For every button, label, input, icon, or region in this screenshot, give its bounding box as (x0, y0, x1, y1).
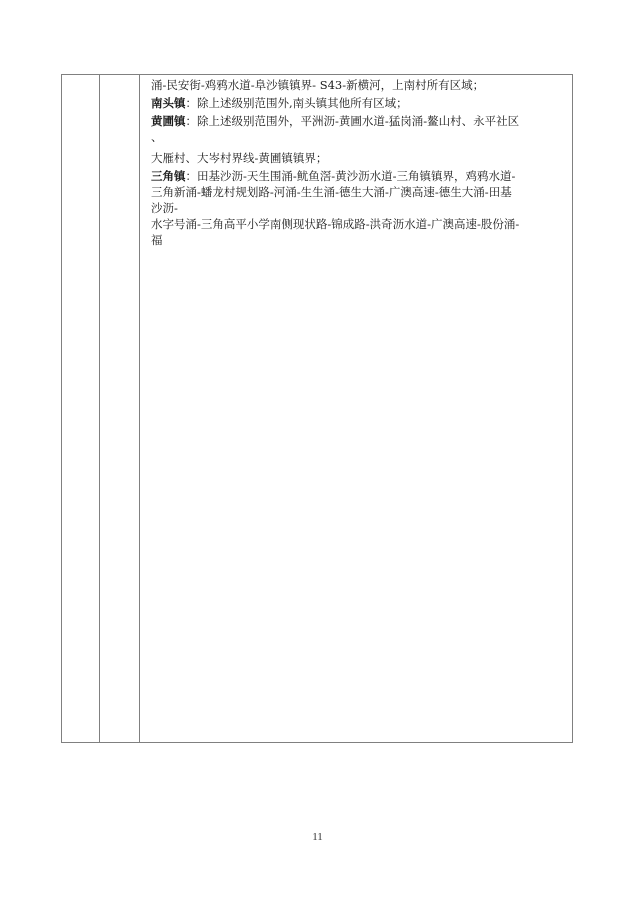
town-name: 南头镇 (151, 96, 186, 110)
town-entry-sanjiao: 三角镇：田基沙沥-天生围涌-鱿鱼滘-黄沙沥水道-三角镇镇界，鸡鸦水道- 三角新涌… (151, 168, 571, 248)
entry-line: 、 (151, 129, 571, 145)
town-separator: ： (186, 169, 198, 183)
town-entry-nantou: 南头镇：除上述级别范围外,南头镇其他所有区域； (151, 95, 571, 111)
entry-line: 大雁村、大岑村界线-黄圃镇镇界； (151, 150, 571, 166)
town-separator: ： (186, 96, 198, 110)
entry-line: 沙沥- (151, 200, 571, 216)
entry-line: 田基沙沥-天生围涌-鱿鱼滘-黄沙沥水道-三角镇镇界，鸡鸦水道- (197, 169, 515, 183)
town-entry-huangpu: 黄圃镇：除上述级别范围外，平洲沥-黄圃水道-猛岗涌-鳌山村、永平社区 、 大雁村… (151, 113, 571, 166)
continuation-line: 涌-民安街-鸡鸦水道-阜沙镇镇界- S43-新横河，上南村所有区域； (151, 77, 571, 93)
page-number: 11 (0, 831, 635, 843)
town-name: 三角镇 (151, 169, 186, 183)
zoning-table: 涌-民安街-鸡鸦水道-阜沙镇镇界- S43-新横河，上南村所有区域； 南头镇：除… (61, 74, 573, 743)
town-separator: ： (186, 114, 198, 128)
column-divider-1 (99, 75, 100, 742)
entry-line: 水字号涌-三角高平小学南侧现状路-锦成路-洪奇沥水道-广澳高速-股份涌- (151, 216, 571, 232)
document-page: 涌-民安街-鸡鸦水道-阜沙镇镇界- S43-新横河，上南村所有区域； 南头镇：除… (0, 0, 635, 898)
continuation-paragraph: 涌-民安街-鸡鸦水道-阜沙镇镇界- S43-新横河，上南村所有区域； (151, 77, 571, 93)
area-description-cell: 涌-民安街-鸡鸦水道-阜沙镇镇界- S43-新横河，上南村所有区域； 南头镇：除… (151, 77, 571, 250)
column-divider-2 (139, 75, 140, 742)
town-name: 黄圃镇 (151, 114, 186, 128)
entry-line: 三角新涌-蟠龙村规划路-河涌-生生涌-德生大涌-广澳高速-德生大涌-田基 (151, 184, 571, 200)
entry-line: 福 (151, 232, 571, 248)
entry-line: 除上述级别范围外,南头镇其他所有区域； (197, 96, 408, 110)
entry-line: 除上述级别范围外，平洲沥-黄圃水道-猛岗涌-鳌山村、永平社区 (197, 114, 519, 128)
